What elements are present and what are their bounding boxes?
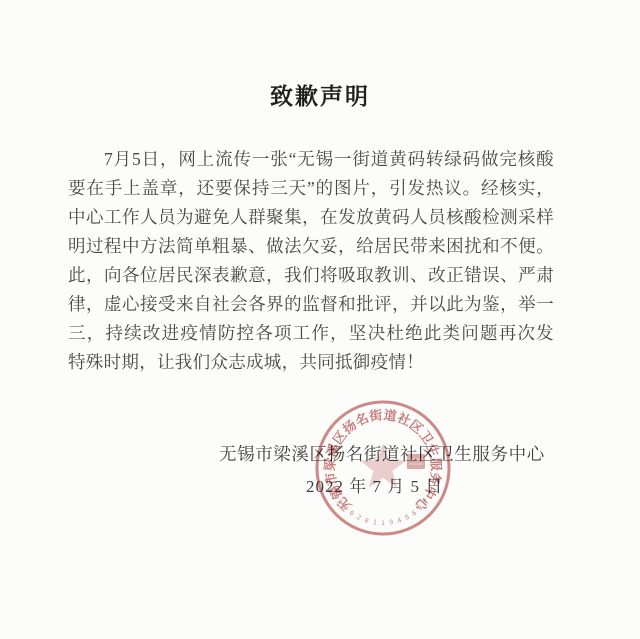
- body-line: 中心工作人员为避免人群聚集，在发放黄码人员核酸检测采样证: [68, 203, 554, 232]
- svg-text:扬: 扬: [340, 417, 360, 437]
- seal-serial-number: 3202011940677: [335, 498, 430, 527]
- document-title: 致歉声明: [0, 78, 640, 111]
- signature-line: 无锡市梁溪区扬名街道社区卫生服务中心: [219, 441, 545, 466]
- official-seal: 无锡市梁溪区扬名街道社区卫生服务中心 3202011940677: [308, 393, 458, 543]
- svg-text:1: 1: [381, 519, 385, 527]
- body-line: 此，向各位居民深表歉意，我们将吸取教训、改正错误、严肃纪: [68, 261, 554, 290]
- document-body: 7月5日，网上流传一张“无锡一街道黄码转绿码做完核酸 要在手上盖章，还要保持三天…: [68, 145, 554, 377]
- date-line: 2022 年 7 月 5 日: [306, 472, 443, 497]
- body-line: 三，持续改进疫情防控各项工作，坚决杜绝此类问题再次发生。: [68, 319, 554, 348]
- body-line: 7月5日，网上流传一张“无锡一街道黄码转绿码做完核酸: [68, 145, 554, 174]
- body-line: 明过程中方法简单粗暴、做法欠妥，给居民带来困扰和不便。在: [68, 232, 554, 261]
- apology-statement-document: 致歉声明 7月5日，网上流传一张“无锡一街道黄码转绿码做完核酸 要在手上盖章，还…: [0, 0, 640, 639]
- svg-text:名: 名: [353, 410, 371, 429]
- svg-text:无: 无: [334, 494, 354, 514]
- body-line: 特殊时期，让我们众志成城，共同抵御疫情！: [68, 348, 554, 377]
- seal-ring: [317, 402, 449, 534]
- svg-text:社: 社: [394, 410, 413, 429]
- svg-text:3: 3: [335, 498, 344, 506]
- svg-text:街: 街: [367, 407, 383, 424]
- svg-text:7: 7: [422, 498, 431, 506]
- svg-text:9: 9: [389, 518, 394, 527]
- svg-text:2: 2: [341, 504, 349, 513]
- svg-text:6: 6: [410, 509, 418, 518]
- body-line: 律，虚心接受来自社会各界的监督和批评，并以此为鉴，举一反: [68, 290, 554, 319]
- svg-text:心: 心: [411, 494, 432, 514]
- svg-text:0: 0: [348, 509, 356, 518]
- svg-text:4: 4: [396, 516, 402, 525]
- svg-text:0: 0: [364, 516, 370, 525]
- body-line: 要在手上盖章，还要保持三天”的图片，引发热议。经核实，我: [68, 174, 554, 203]
- svg-text:7: 7: [417, 504, 425, 513]
- svg-text:区: 区: [407, 417, 427, 437]
- svg-text:道: 道: [383, 407, 398, 424]
- svg-text:1: 1: [372, 518, 377, 527]
- svg-text:0: 0: [404, 513, 411, 522]
- svg-text:2: 2: [355, 513, 362, 522]
